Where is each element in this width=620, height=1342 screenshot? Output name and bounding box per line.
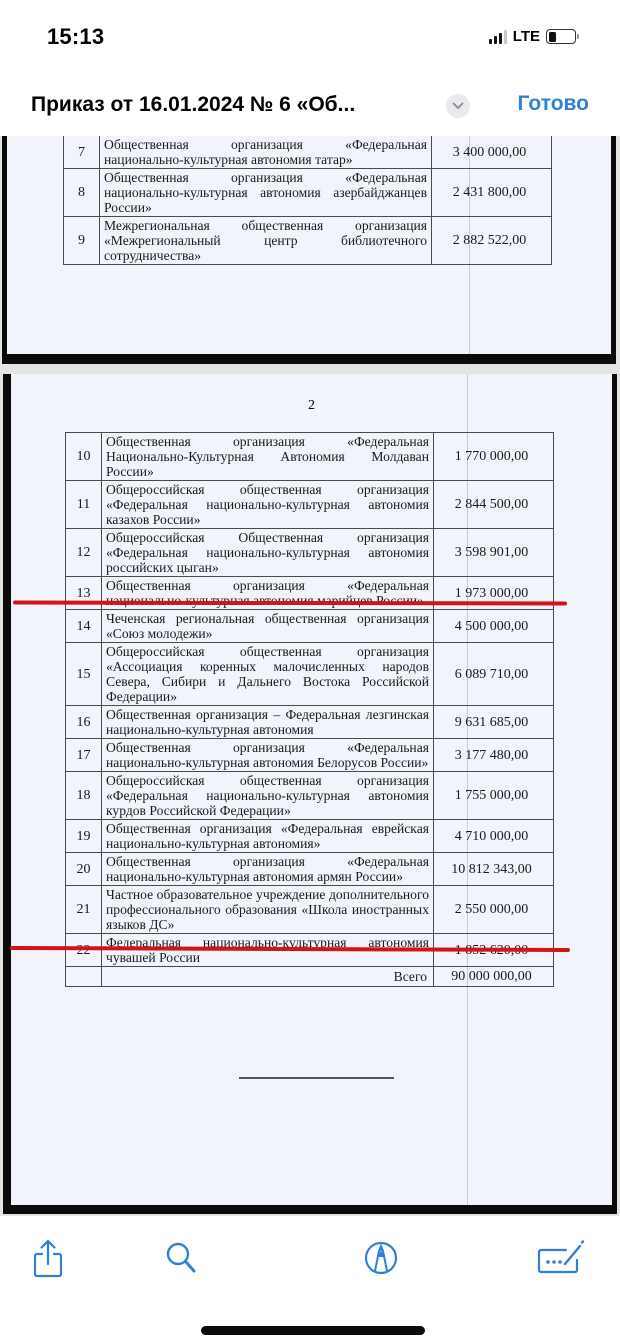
- grant-amount: 1 770 000,00: [434, 433, 554, 481]
- end-of-document-rule: [239, 1077, 394, 1079]
- signal-icon: [489, 30, 507, 44]
- done-button[interactable]: Готово: [518, 92, 589, 116]
- grant-amount: 3 400 000,00: [432, 136, 552, 169]
- empty-cell: [66, 967, 102, 987]
- organization-name: Общественная организация – Федеральная л…: [102, 706, 434, 739]
- grant-amount: 2 550 000,00: [434, 886, 554, 934]
- row-number: 20: [66, 853, 102, 886]
- chevron-down-icon[interactable]: [446, 94, 470, 118]
- grants-table-page-1: 7Общественная организация «Федеральная н…: [63, 136, 552, 265]
- table-row: 19Общественная организация «Федеральная …: [66, 820, 554, 853]
- signature-button[interactable]: [536, 1238, 586, 1278]
- row-number: 8: [64, 169, 100, 217]
- home-indicator[interactable]: [201, 1326, 425, 1335]
- grant-amount: 2 882 522,00: [432, 217, 552, 265]
- grant-amount: 10 812 343,00: [434, 853, 554, 886]
- page-number: 2: [11, 398, 612, 414]
- row-number: 21: [66, 886, 102, 934]
- markup-button[interactable]: [361, 1238, 401, 1278]
- total-row: Всего90 000 000,00: [66, 967, 554, 987]
- row-number: 12: [66, 529, 102, 577]
- share-button[interactable]: [28, 1238, 68, 1278]
- grant-amount: 9 631 685,00: [434, 706, 554, 739]
- battery-icon: [546, 29, 576, 44]
- bottom-toolbar: [0, 1216, 620, 1342]
- table-row: 11Общероссийская общественная организаци…: [66, 481, 554, 529]
- table-row: 10Общественная организация «Федеральная …: [66, 433, 554, 481]
- table-row: 8Общественная организация «Федеральная н…: [64, 169, 552, 217]
- organization-name: Общественная организация «Федеральная на…: [100, 136, 432, 169]
- share-icon: [31, 1238, 65, 1278]
- markup-pen-icon: [363, 1239, 399, 1277]
- status-indicators: LTE: [489, 28, 576, 45]
- grants-table-page-2: 10Общественная организация «Федеральная …: [65, 432, 554, 987]
- status-time: 15:13: [47, 24, 104, 50]
- nav-bar: Приказ от 16.01.2024 № 6 «Об... Готово: [0, 72, 620, 136]
- organization-name: Общественная организация «Федеральная ев…: [102, 820, 434, 853]
- grant-amount: 6 089 710,00: [434, 643, 554, 706]
- organization-name: Чеченская региональная общественная орга…: [102, 610, 434, 643]
- row-number: 7: [64, 136, 100, 169]
- table-row: 16Общественная организация – Федеральная…: [66, 706, 554, 739]
- table-row: 21Частное образовательное учреждение доп…: [66, 886, 554, 934]
- row-number: 10: [66, 433, 102, 481]
- row-number: 9: [64, 217, 100, 265]
- organization-name: Общественная организация «Федеральная На…: [102, 433, 434, 481]
- grant-amount: 4 710 000,00: [434, 820, 554, 853]
- organization-name: Общероссийская общественная организация …: [102, 481, 434, 529]
- table-row: 12Общероссийская Общественная организаци…: [66, 529, 554, 577]
- table-row: 7Общественная организация «Федеральная н…: [64, 136, 552, 169]
- status-bar: 15:13 LTE: [0, 0, 620, 72]
- table-row: 17Общественная организация «Федеральная …: [66, 739, 554, 772]
- search-button[interactable]: [162, 1238, 202, 1278]
- document-page-1: 7Общественная организация «Федеральная н…: [2, 136, 616, 364]
- organization-name: Общероссийская общественная организация …: [102, 643, 434, 706]
- grant-amount: 2 431 800,00: [432, 169, 552, 217]
- row-number: 17: [66, 739, 102, 772]
- table-row: 9Межрегиональная общественная организаци…: [64, 217, 552, 265]
- document-title[interactable]: Приказ от 16.01.2024 № 6 «Об...: [31, 93, 355, 117]
- organization-name: Общероссийская общественная организация …: [102, 772, 434, 820]
- row-number: 18: [66, 772, 102, 820]
- organization-name: Частное образовательное учреждение допол…: [102, 886, 434, 934]
- organization-name: Общественная организация «Федеральная на…: [100, 169, 432, 217]
- network-type: LTE: [513, 28, 540, 45]
- organization-name: Общественная организация «Федеральная на…: [102, 853, 434, 886]
- organization-name: Общественная организация «Федеральная на…: [102, 739, 434, 772]
- grant-amount: 2 844 500,00: [434, 481, 554, 529]
- signature-icon: [536, 1240, 586, 1276]
- grant-amount: 3 598 901,00: [434, 529, 554, 577]
- table-row: 20Общественная организация «Федеральная …: [66, 853, 554, 886]
- row-number: 15: [66, 643, 102, 706]
- row-number: 16: [66, 706, 102, 739]
- grant-amount: 3 177 480,00: [434, 739, 554, 772]
- table-row: 14Чеченская региональная общественная ор…: [66, 610, 554, 643]
- table-row: 18Общероссийская общественная организаци…: [66, 772, 554, 820]
- search-icon: [165, 1240, 199, 1276]
- total-amount: 90 000 000,00: [434, 967, 554, 987]
- document-page-2: 2 10Общественная организация «Федеральна…: [3, 374, 617, 1214]
- document-viewer[interactable]: 7Общественная организация «Федеральная н…: [0, 136, 620, 1216]
- grant-amount: 1 755 000,00: [434, 772, 554, 820]
- row-number: 11: [66, 481, 102, 529]
- table-row: 15Общероссийская общественная организаци…: [66, 643, 554, 706]
- row-number: 19: [66, 820, 102, 853]
- organization-name: Общероссийская Общественная организация …: [102, 529, 434, 577]
- grant-amount: 4 500 000,00: [434, 610, 554, 643]
- organization-name: Межрегиональная общественная организация…: [100, 217, 432, 265]
- row-number: 14: [66, 610, 102, 643]
- total-label: Всего: [102, 967, 434, 987]
